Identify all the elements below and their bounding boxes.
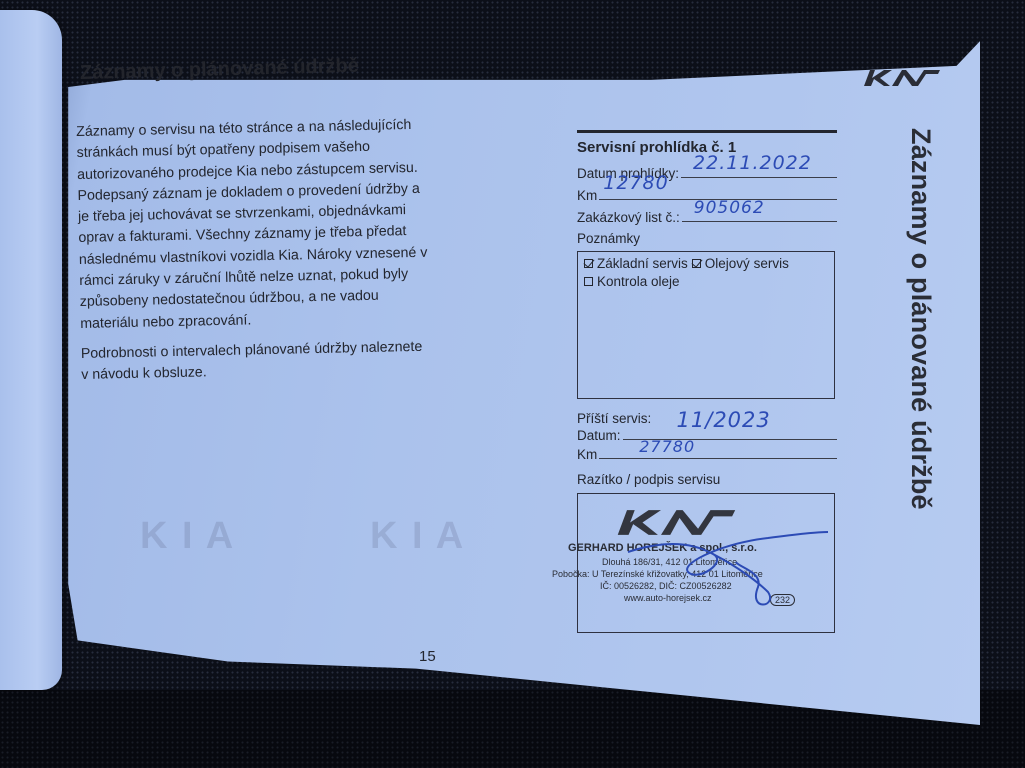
checkbox-label: Základní servis xyxy=(597,256,688,271)
field-label: Datum: xyxy=(577,428,621,445)
stamp-label: Razítko / podpis servisu xyxy=(577,472,837,487)
page-title: Záznamy o plánované údržbě xyxy=(80,55,359,85)
field-label: Zakázkový list č.: xyxy=(577,210,680,227)
checkbox-label: Olejový servis xyxy=(705,256,789,271)
handwritten-value: 905062 xyxy=(694,198,765,218)
service-record-form: Servisní prohlídka č. 1 Datum prohlídky:… xyxy=(577,130,837,633)
field-next-date[interactable]: Datum: 11/2023 xyxy=(577,426,837,445)
handwritten-value: 11/2023 xyxy=(677,408,771,432)
handwritten-value: 27780 xyxy=(639,437,695,456)
checkbox-row: Kontrola oleje xyxy=(584,274,828,289)
kia-logo-icon xyxy=(862,66,944,88)
booklet-content: K I A K I A Záznamy o plánované údržbě Z… xyxy=(0,0,1025,768)
field-next-km[interactable]: Km 27780 xyxy=(577,445,837,464)
next-service-block: Příští servis: Datum: 11/2023 Km 27780 xyxy=(577,411,837,464)
checkbox-basic-service[interactable] xyxy=(584,259,593,268)
ghost-logo-center: K I A xyxy=(370,515,465,558)
field-label: Km xyxy=(577,447,597,464)
side-title: Záznamy o plánované údržbě xyxy=(896,128,936,558)
checkbox-row: Základní servis Olejový servis xyxy=(584,256,828,271)
checkbox-oil-check[interactable] xyxy=(584,277,593,286)
notes-box[interactable]: Základní servis Olejový servis Kontrola … xyxy=(577,251,835,399)
field-order-number[interactable]: Zakázkový list č.: 905062 xyxy=(577,205,837,227)
field-line: 27780 xyxy=(599,457,837,459)
intro-paragraph: Záznamy o servisu na této stránce a na n… xyxy=(76,115,430,335)
checkbox-label: Kontrola oleje xyxy=(597,274,680,289)
handwritten-value: 22.11.2022 xyxy=(693,152,812,174)
field-label: Km xyxy=(577,188,597,205)
checkbox-oil-service[interactable] xyxy=(692,259,701,268)
handwritten-value: 12780 xyxy=(603,172,668,194)
page-number: 15 xyxy=(419,648,436,665)
ghost-logo-left: K I A xyxy=(140,515,235,558)
form-divider xyxy=(577,130,837,133)
field-line: 905062 xyxy=(682,220,837,222)
stamp-box: GERHARD HOREJŠEK a spol., s.r.o. Dlouhá … xyxy=(577,493,835,633)
body-text: Záznamy o servisu na této stránce a na n… xyxy=(76,115,432,396)
side-title-text: Záznamy o plánované údržbě xyxy=(905,128,936,510)
details-paragraph: Podrobnosti o intervalech plánované údrž… xyxy=(81,337,432,387)
field-line: 22.11.2022 xyxy=(681,176,837,178)
signature-icon xyxy=(618,512,838,612)
notes-label: Poznámky xyxy=(577,231,837,246)
